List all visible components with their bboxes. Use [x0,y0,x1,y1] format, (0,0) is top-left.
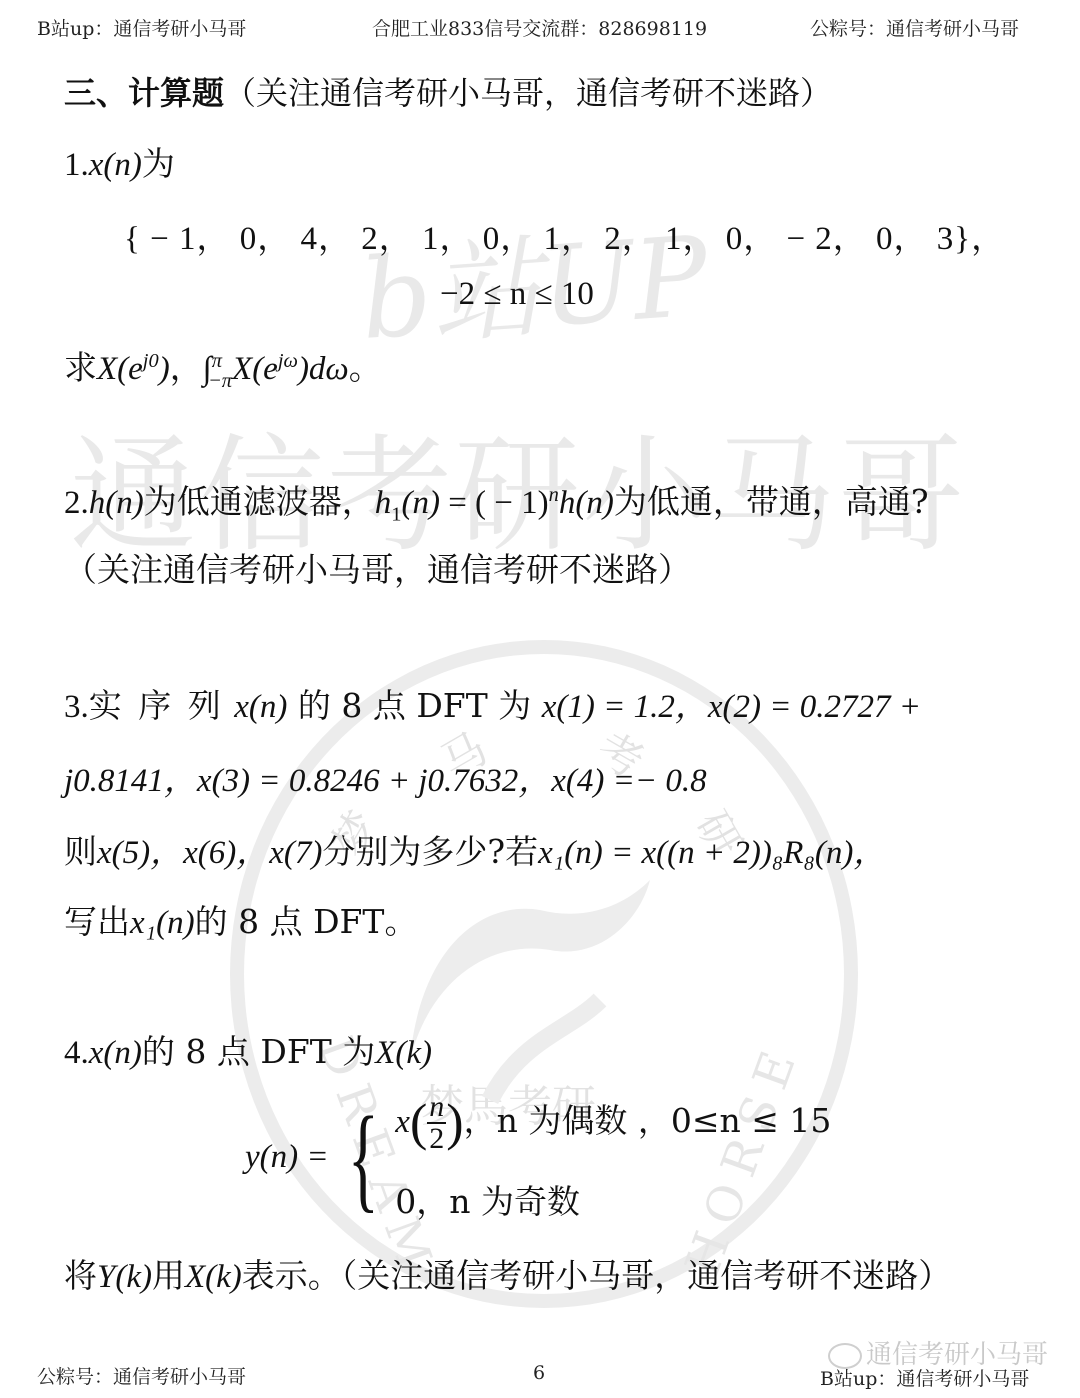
math-expr: h1(n) = ( − 1)nh(n) [375,485,614,521]
section-title-note: （关注通信考研小马哥，通信考研不迷路） [224,74,832,112]
piecewise-cases: x(n2)，n 为偶数 ，0≤n ≤ 15 0，n 为奇数 [395,1092,831,1223]
text: 求 [64,348,97,387]
footer-right: B站up：通信考研小马哥 [820,1364,1029,1391]
math-expr: X(k) [185,1259,242,1295]
math-expr: Y(k) [97,1259,152,1295]
math-expr: x(2) = 0.2727 + [708,689,921,725]
text: 将 [64,1256,97,1295]
section-title-bold: 三、计算题 [64,74,224,112]
text: ， [170,348,203,387]
text: 的 8 点 DFT。 [195,902,418,941]
section-title: 三、计算题（关注通信考研小马哥，通信考研不迷路） [64,68,832,114]
condition: ，n 为偶数 ，0≤n ≤ 15 [464,1101,832,1140]
math-expr: x [395,1104,410,1140]
text: 为低通滤波器， [144,482,375,521]
problem-2-line1: 2.h(n)为低通滤波器，h1(n) = ( − 1)nh(n)为低通，带通，高… [64,476,929,527]
text: 实 序 列 [89,686,224,725]
math-dtft-at-zero: X(ej0) [97,351,170,387]
text: 写出 [64,902,130,941]
fraction-numerator: n [427,1092,446,1124]
math-expr: h(n) [89,485,144,521]
text: 表示。（关注通信考研小马哥，通信考研不迷路） [242,1256,952,1295]
problem-1-ask: 求X(ej0)，∫π−πX(ejω)dω。 [64,342,382,393]
problem-4-intro: 4.x(n)的 8 点 DFT 为X(k) [64,1026,432,1073]
footer-left: 公粽号：通信考研小马哥 [37,1362,246,1389]
case-even: x(n2)，n 为偶数 ，0≤n ≤ 15 [395,1092,831,1154]
header-left: B站up：通信考研小马哥 [37,14,246,41]
case-odd: 0，n 为奇数 [395,1176,831,1223]
text: 的 8 点 DFT 为 [298,686,531,725]
header-center: 合肥工业833信号交流群：828698119 [372,14,707,41]
problem-number: 2. [64,485,89,521]
math-expr: x(n) [89,147,142,183]
text: 为 [142,144,175,183]
math-expr: x₁(n) = x((n + 2))₈R₈(n)， [538,835,886,871]
math-expr: x₁(n) [130,905,195,941]
problem-3-line2: j0.8141，x(3) = 0.8246 + j0.7632，x(4) =− … [64,754,707,801]
text: 为低通，带通，高通? [614,482,929,521]
fraction-denominator: 2 [429,1124,444,1154]
problem-3-line1: 3.实 序 列 x(n) 的 8 点 DFT 为 x(1) = 1.2，x(2)… [64,680,921,727]
text: 分别为多少?若 [322,832,538,871]
problem-number: 1. [64,147,89,183]
math-expr: x(5)，x(6)，x(7) [97,835,322,871]
fraction: n2 [427,1092,446,1154]
math-expr: x(n) [89,1035,142,1071]
math-expr: −2 ≤ n ≤ 10 [440,276,594,312]
text: 用 [152,1256,185,1295]
header-right: 公粽号：通信考研小马哥 [810,14,1019,41]
math-expr: x(3) = 0.8246 + j0.7632， [197,763,551,799]
problem-number: 4. [64,1035,89,1071]
problem-4-piecewise: y(n) = { x(n2)，n 为偶数 ，0≤n ≤ 15 0，n 为奇数 [245,1092,831,1223]
math-expr: X(k) [375,1035,432,1071]
math-lhs: y(n) = [245,1139,329,1176]
page-number: 6 [533,1362,545,1384]
text: 的 8 点 DFT 为 [142,1032,375,1071]
problem-4-ask: 将Y(k)用X(k)表示。（关注通信考研小马哥，通信考研不迷路） [64,1250,951,1297]
text: 则 [64,832,97,871]
problem-number: 3. [64,689,89,725]
math-expr: x(n) [234,689,287,725]
math-expr: j0.8141， [64,763,197,799]
problem-1-intro: 1.x(n)为 [64,138,175,185]
problem-1-sequence: { − 1， 0， 4， 2， 1， 0， 1， 2， 1， 0， − 2， 0… [124,212,1005,259]
problem-2-line2: （关注通信考研小马哥，通信考研不迷路） [64,544,691,591]
math-integral: ∫π−πX(ejω)dω [203,351,349,387]
problem-3-line4: 写出x₁(n)的 8 点 DFT。 [64,896,417,943]
left-brace-icon: { [347,1099,378,1217]
problem-1-range: −2 ≤ n ≤ 10 [440,276,594,313]
text: 。 [349,348,382,387]
math-expr: x(4) =− 0.8 [551,763,706,799]
math-expr: x(1) = 1.2， [542,689,708,725]
problem-3-line3: 则x(5)，x(6)，x(7)分别为多少?若x₁(n) = x((n + 2))… [64,826,886,873]
